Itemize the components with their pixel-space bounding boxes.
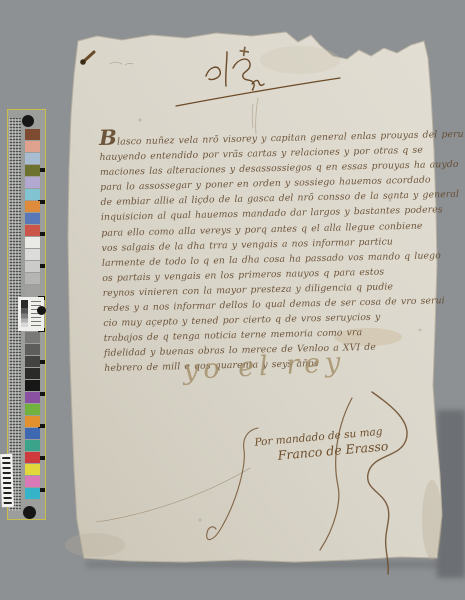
- color-patch-gray-05: [25, 368, 40, 379]
- catalog-id-label: [0, 454, 14, 507]
- color-patch-yellow: [25, 464, 40, 475]
- manuscript-lines: Blasco nuñez vela nrõ visorey y capitan …: [99, 125, 438, 376]
- color-patch-purple: [25, 392, 40, 403]
- color-patch-medium-blue: [25, 213, 40, 224]
- color-patch-gray-75: [25, 261, 40, 272]
- color-patch-blue: [25, 428, 40, 439]
- color-patch-orange-2: [25, 416, 40, 427]
- color-patch-red: [25, 452, 40, 463]
- color-patch-teal-green: [25, 440, 40, 451]
- color-patch-gray-15: [25, 356, 40, 367]
- color-patch-black: [25, 380, 40, 391]
- color-patch-lavender: [25, 177, 40, 188]
- color-patch-light-blue: [25, 153, 40, 164]
- color-patch-sky-cyan: [25, 189, 40, 200]
- color-patch-white: [25, 237, 40, 248]
- registration-dot-bottom: [23, 506, 36, 519]
- color-patch-orange: [25, 201, 40, 212]
- registration-dot-middle: [37, 306, 46, 315]
- color-patch-magenta-pink: [25, 476, 40, 487]
- color-patch-olive: [25, 165, 40, 176]
- heading-cross-symbol: +: [237, 41, 252, 61]
- color-patch-cyan: [25, 488, 40, 499]
- color-patch-gray-35: [25, 332, 40, 343]
- color-patch-gray-60: [25, 273, 40, 284]
- color-patch-brick-red: [25, 225, 40, 236]
- color-patch-gray-50: [25, 285, 40, 296]
- color-patch-salmon: [25, 141, 40, 152]
- photographed-manuscript-scene: + Blasco nuñez vela nrõ visorey y capita…: [0, 0, 465, 600]
- color-patch-dark-brown: [25, 129, 40, 140]
- color-patch-green: [25, 404, 40, 415]
- color-calibration-strip: [7, 109, 46, 520]
- color-patch-gray-90: [25, 249, 40, 260]
- color-patch-gray-25: [25, 344, 40, 355]
- registration-dot-top: [22, 115, 34, 127]
- ink-blot: [80, 59, 86, 65]
